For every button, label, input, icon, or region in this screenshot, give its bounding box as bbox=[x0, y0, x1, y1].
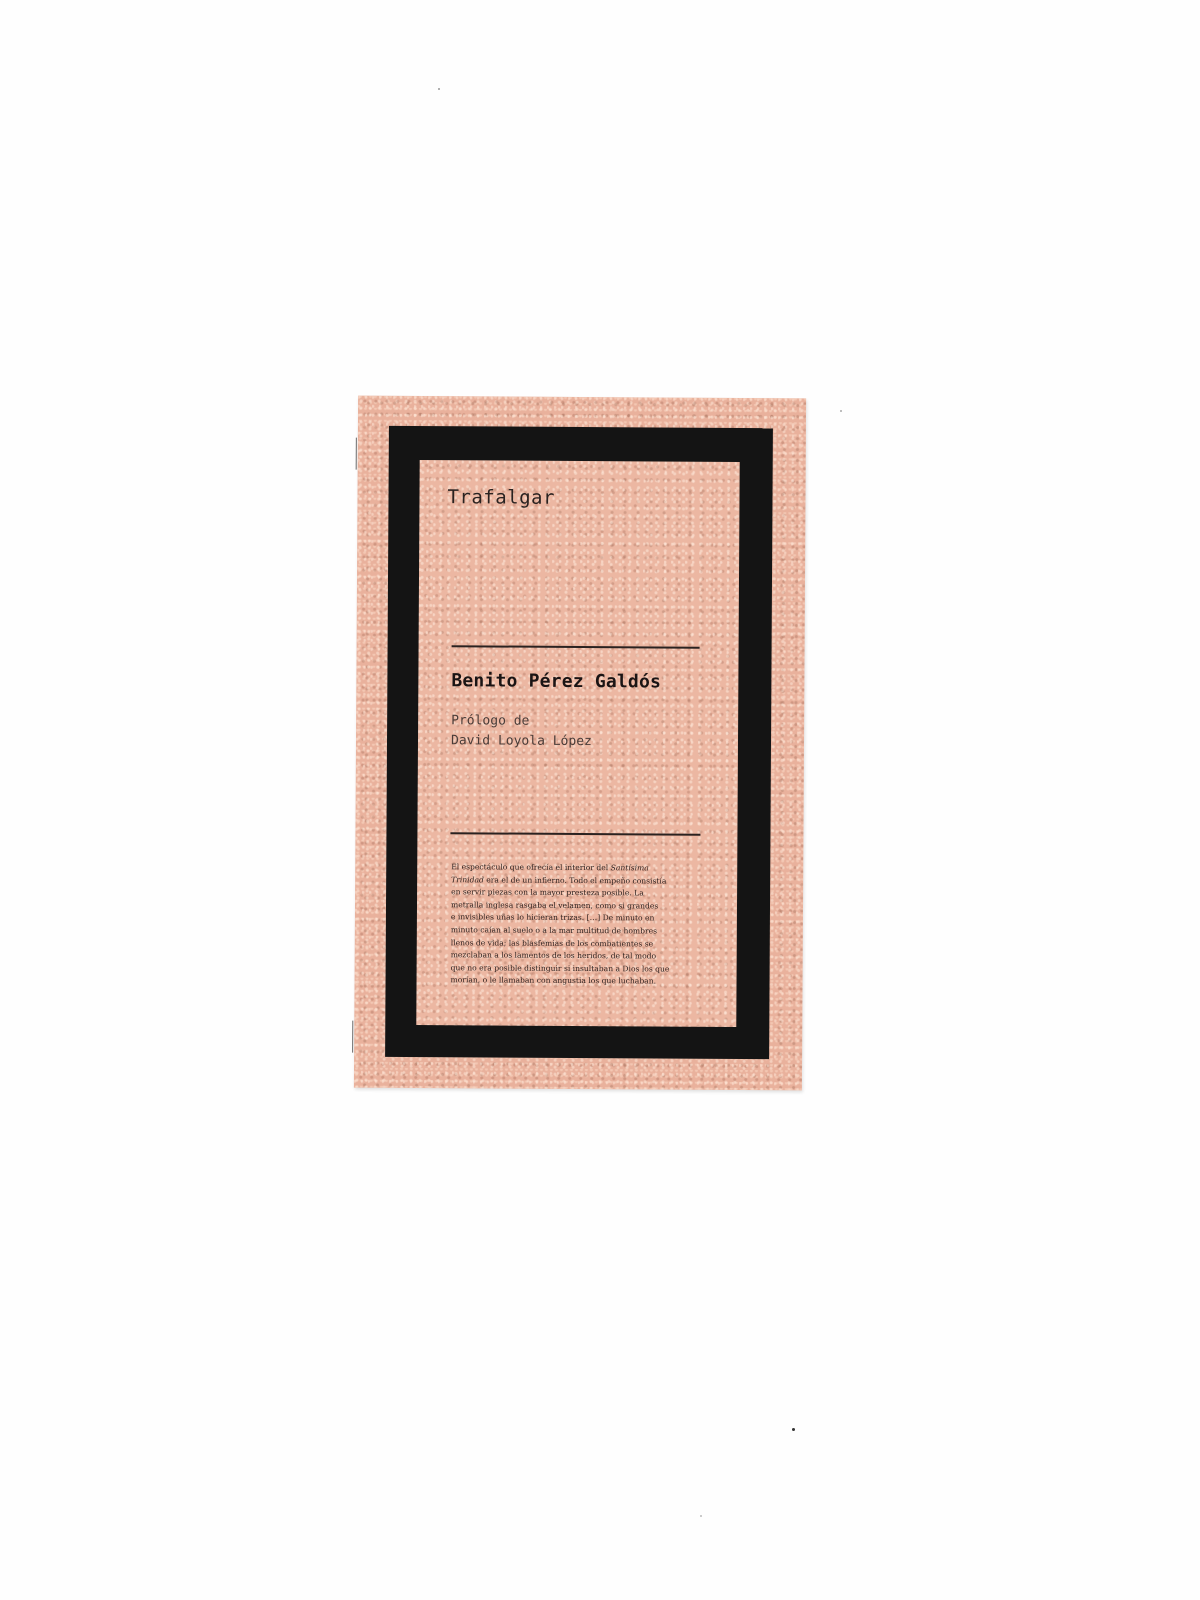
book-author: Benito Pérez Galdós bbox=[451, 670, 661, 692]
black-frame: Trafalgar Benito Pérez Galdós Prólogo de… bbox=[385, 426, 773, 1059]
excerpt-italic: Trinidad bbox=[451, 875, 484, 884]
prologue-credit: Prólogo de David Loyola López bbox=[451, 711, 592, 752]
excerpt-line: en servir piezas con la mayor presteza p… bbox=[451, 886, 701, 900]
prologue-author: David Loyola López bbox=[451, 731, 592, 752]
excerpt-line: minuto caían al suelo o a la mar multitu… bbox=[451, 924, 701, 938]
spine-staple-bottom bbox=[352, 1021, 353, 1053]
photo-scene: Trafalgar Benito Pérez Galdós Prólogo de… bbox=[0, 0, 1200, 1600]
dust-speck bbox=[840, 410, 842, 412]
dust-speck bbox=[792, 1428, 795, 1431]
excerpt-text: El espectáculo que ofrecía el interior d… bbox=[451, 861, 702, 988]
spine-staple-top bbox=[356, 438, 357, 470]
divider-top bbox=[452, 645, 700, 648]
cover-panel: Trafalgar Benito Pérez Galdós Prólogo de… bbox=[416, 460, 739, 1027]
dust-speck bbox=[438, 88, 440, 90]
prologue-label: Prólogo de bbox=[451, 711, 592, 732]
divider-bottom bbox=[450, 832, 700, 835]
excerpt-italic: Santísima bbox=[611, 863, 649, 872]
book-cover: Trafalgar Benito Pérez Galdós Prólogo de… bbox=[354, 396, 806, 1091]
excerpt-line: mezclaban a los lamentos de los heridos,… bbox=[451, 949, 701, 963]
book-title: Trafalgar bbox=[447, 486, 555, 509]
excerpt-line: El espectáculo que ofrecía el interior d… bbox=[451, 861, 701, 875]
dust-speck bbox=[700, 1515, 702, 1517]
excerpt-line: morían, o le llamaban con angustia los q… bbox=[451, 975, 701, 989]
